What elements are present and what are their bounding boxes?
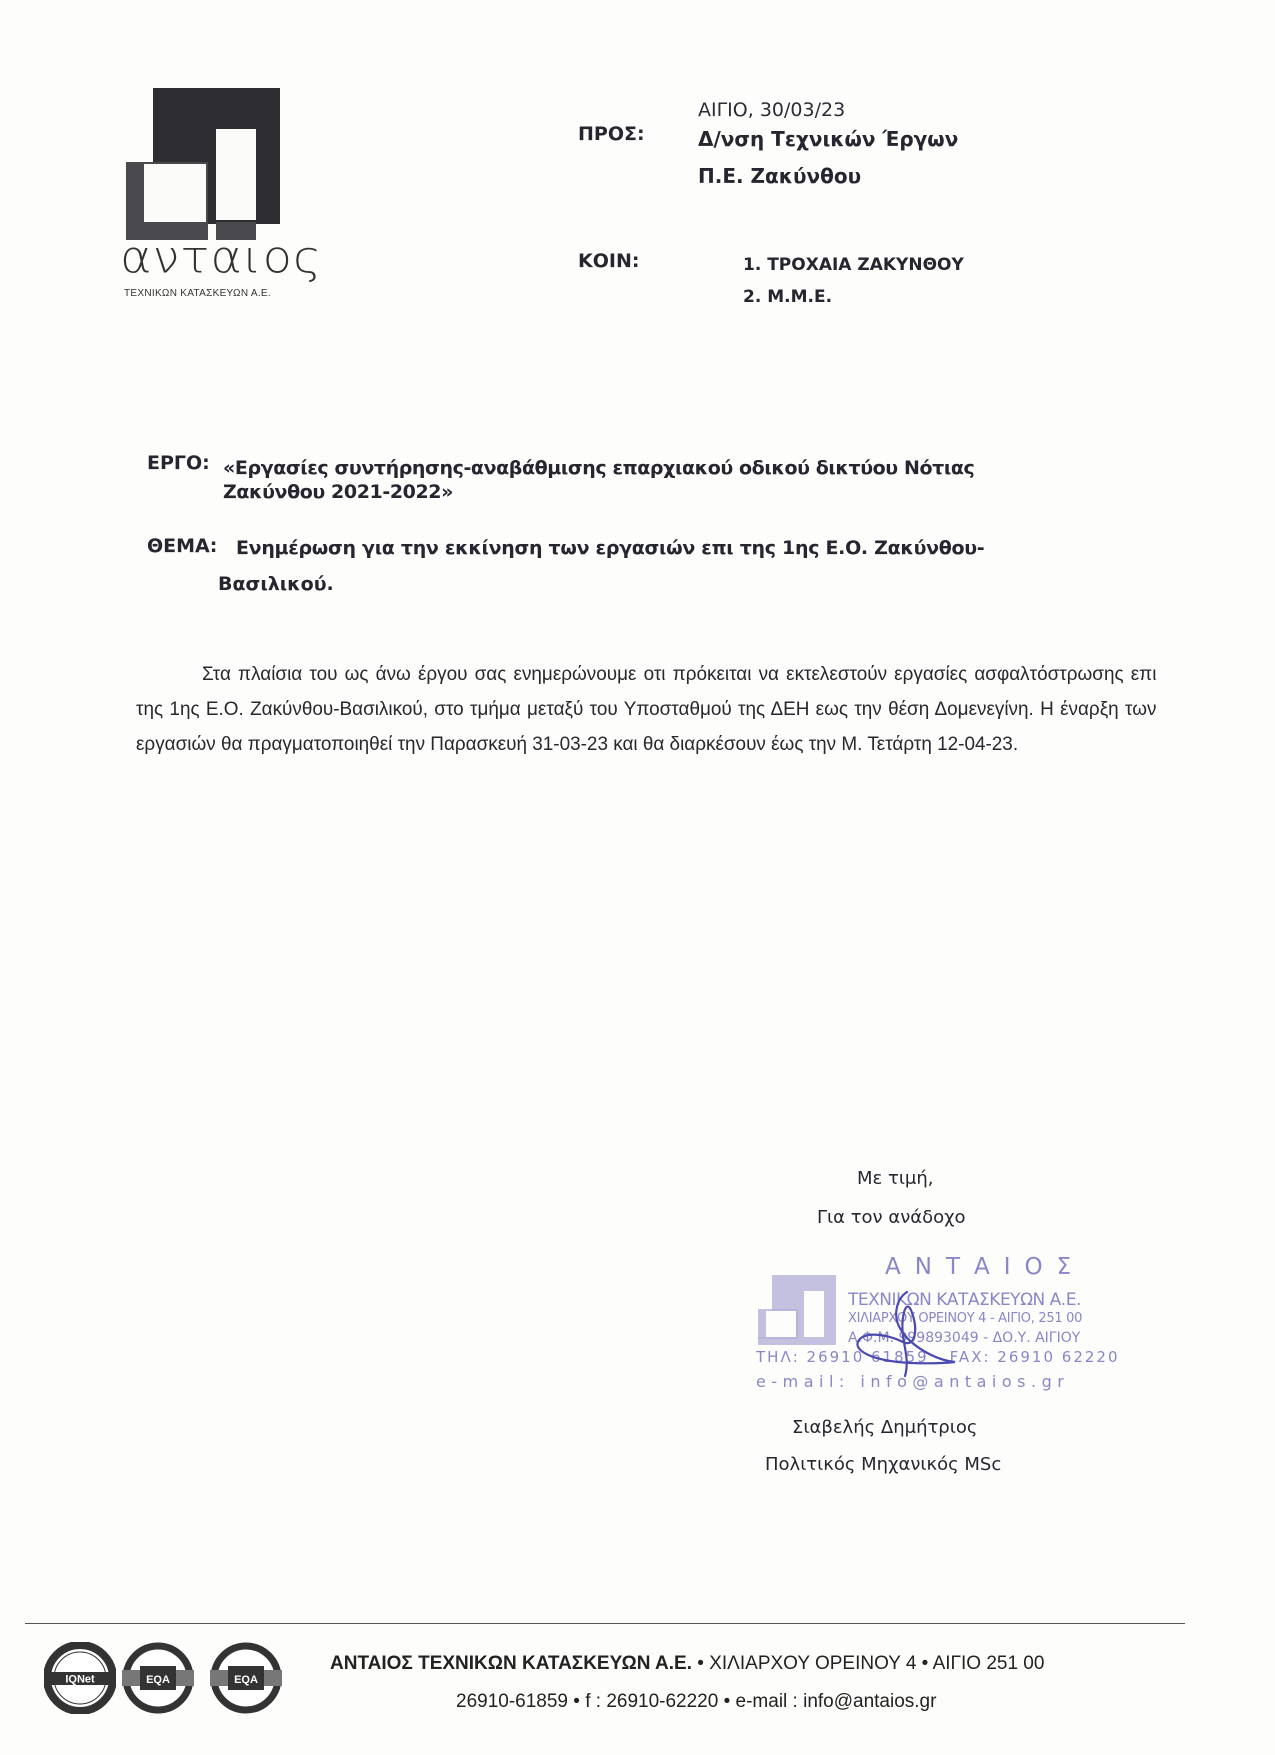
cc-item: 2. Μ.Μ.Ε. [743,287,832,307]
signer-name: Σιαβελής Δημήτριος [792,1417,977,1438]
to-label: ΠΡΟΣ: [578,123,645,145]
logo-wordmark: ανταιος [120,232,322,284]
body-paragraph: Στα πλαίσια του ως άνω έργου σας ενημερώ… [136,657,1156,762]
recipient-line-2: Π.Ε. Ζακύνθου [698,164,861,188]
logo-subtitle: ΤΕΧΝΙΚΩΝ ΚΑΤΑΣΚΕΥΩΝ Α.Ε. [124,288,271,299]
footer-divider [25,1623,1185,1624]
signer-title: Πολιτικός Μηχανικός MSc [765,1454,1001,1475]
salutation: Με τιμή, [857,1168,934,1189]
topic-line-1: Ενημέρωση για την εκκίνηση των εργασιών … [236,537,984,559]
project-label: ΕΡΓΟ: [147,452,210,474]
topic-label: ΘΕΜΑ: [147,535,217,557]
svg-text:EQA: EQA [146,1674,170,1686]
footer-contacts: 26910-61859 • f : 26910-62220 • e-mail :… [456,1691,936,1713]
eqa-management-badge-icon: EQA [122,1642,194,1714]
project-title: «Εργασίες συντήρησης-αναβάθμισης επαρχια… [223,456,1083,504]
footer-address-line: ΑΝΤΑΙΟΣ ΤΕΧΝΙΚΩΝ ΚΑΤΑΣΚΕΥΩΝ Α.Ε. • ΧΙΛΙΑ… [330,1653,1044,1675]
stamp-title: ΑΝΤΑΙΟΣ [885,1254,1085,1280]
svg-text:EQA: EQA [234,1674,258,1686]
cc-label: ΚΟΙΝ: [578,250,639,272]
cc-item: 1. ΤΡΟΧΑΙΑ ΖΑΚΥΝΘΟΥ [743,255,964,275]
topic-line-2: Βασιλικού. [218,573,334,595]
project-title-line-2: Ζακύνθου 2021-2022» [223,480,1083,504]
eqa-ohsas-badge-icon: EQA [210,1642,282,1714]
recipient-line-1: Δ/νση Τεχνικών Έργων [698,127,958,151]
on-behalf-of: Για τον ανάδοχο [817,1207,966,1228]
stamp-logo-icon [758,1275,836,1345]
project-title-line-1: «Εργασίες συντήρησης-αναβάθμισης επαρχια… [223,457,974,479]
letter-date: ΑΙΓΙΟ, 30/03/23 [698,99,845,121]
svg-text:IQNet: IQNet [65,1674,95,1686]
iqnet-certification-badge-icon: IQNet [44,1642,116,1714]
company-logo-icon [126,88,280,240]
footer-address: • ΧΙΛΙΑΡΧΟΥ ΟΡΕΙΝΟΥ 4 • ΑΙΓΙΟ 251 00 [692,1653,1044,1674]
footer-company-name: ΑΝΤΑΙΟΣ ΤΕΧΝΙΚΩΝ ΚΑΤΑΣΚΕΥΩΝ Α.Ε. [330,1653,692,1674]
handwritten-signature [845,1290,1005,1380]
